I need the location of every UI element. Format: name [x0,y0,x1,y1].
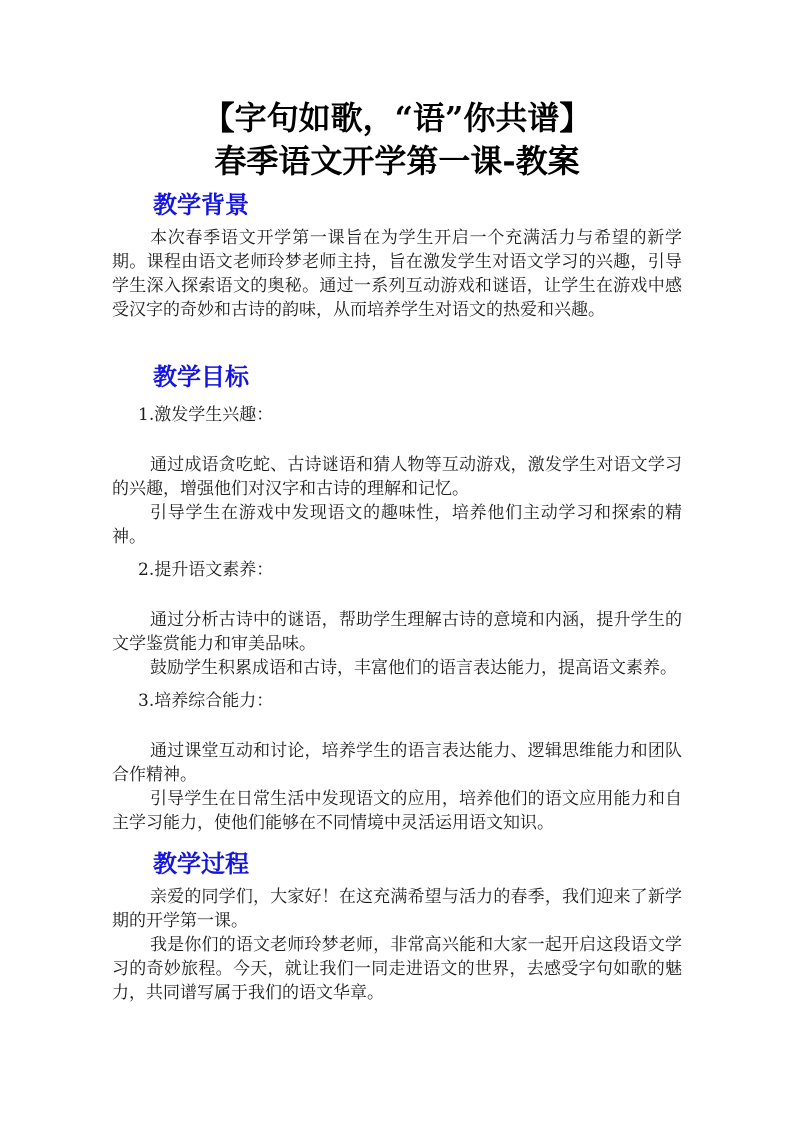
document-title: 【字句如歌，“语”你共谱】 春季语文开学第一课-教案 [112,97,682,183]
paragraph: 鼓励学生积累成语和古诗，丰富他们的语言表达能力，提高语文素养。 [112,656,682,680]
document-content: 【字句如歌，“语”你共谱】 春季语文开学第一课-教案 教学背景 本次春季语文开学… [112,97,682,1005]
paragraph: 引导学生在日常生活中发现语文的应用，培养他们的语文应用能力和自主学习能力，使他们… [112,787,682,835]
paragraph: 通过分析古诗中的谜语，帮助学生理解古诗的意境和内涵，提升学生的文学鉴赏能力和审美… [112,608,682,656]
document-title-line1: 【字句如歌，“语”你共谱】 [112,97,682,140]
document-title-line2: 春季语文开学第一课-教案 [112,140,682,183]
objective-item-3-label: 3.培养综合能力： [112,689,682,713]
section-teaching-process: 教学过程 亲爱的同学们，大家好！在这充满希望与活力的春季，我们迎来了新学期的开学… [112,848,682,1005]
paragraph: 亲爱的同学们，大家好！在这充满希望与活力的春季，我们迎来了新学期的开学第一课。 [112,885,682,933]
objective-item-1-label: 1.激发学生兴趣： [112,403,682,427]
paragraph: 我是你们的语文老师玲梦老师，非常高兴能和大家一起开启这段语文学习的奇妙旅程。今天… [112,933,682,1005]
heading-teaching-background: 教学背景 [112,189,682,222]
heading-teaching-process: 教学过程 [112,848,682,881]
paragraph: 通过成语贪吃蛇、古诗谜语和猜人物等互动游戏，激发学生对语文学习的兴趣，增强他们对… [112,453,682,501]
paragraph: 通过课堂互动和讨论，培养学生的语言表达能力、逻辑思维能力和团队合作精神。 [112,739,682,787]
section-teaching-objectives: 教学目标 1.激发学生兴趣： 通过成语贪吃蛇、古诗谜语和猜人物等互动游戏，激发学… [112,361,682,835]
section-teaching-background: 教学背景 本次春季语文开学第一课旨在为学生开启一个充满活力与希望的新学期。课程由… [112,189,682,322]
paragraph: 本次春季语文开学第一课旨在为学生开启一个充满活力与希望的新学期。课程由语文老师玲… [112,226,682,322]
document-page: 【字句如歌，“语”你共谱】 春季语文开学第一课-教案 教学背景 本次春季语文开学… [0,0,793,1122]
heading-teaching-objectives: 教学目标 [112,361,682,394]
objective-item-2-label: 2.提升语文素养： [112,558,682,582]
paragraph: 引导学生在游戏中发现语文的趣味性，培养他们主动学习和探索的精神。 [112,501,682,549]
